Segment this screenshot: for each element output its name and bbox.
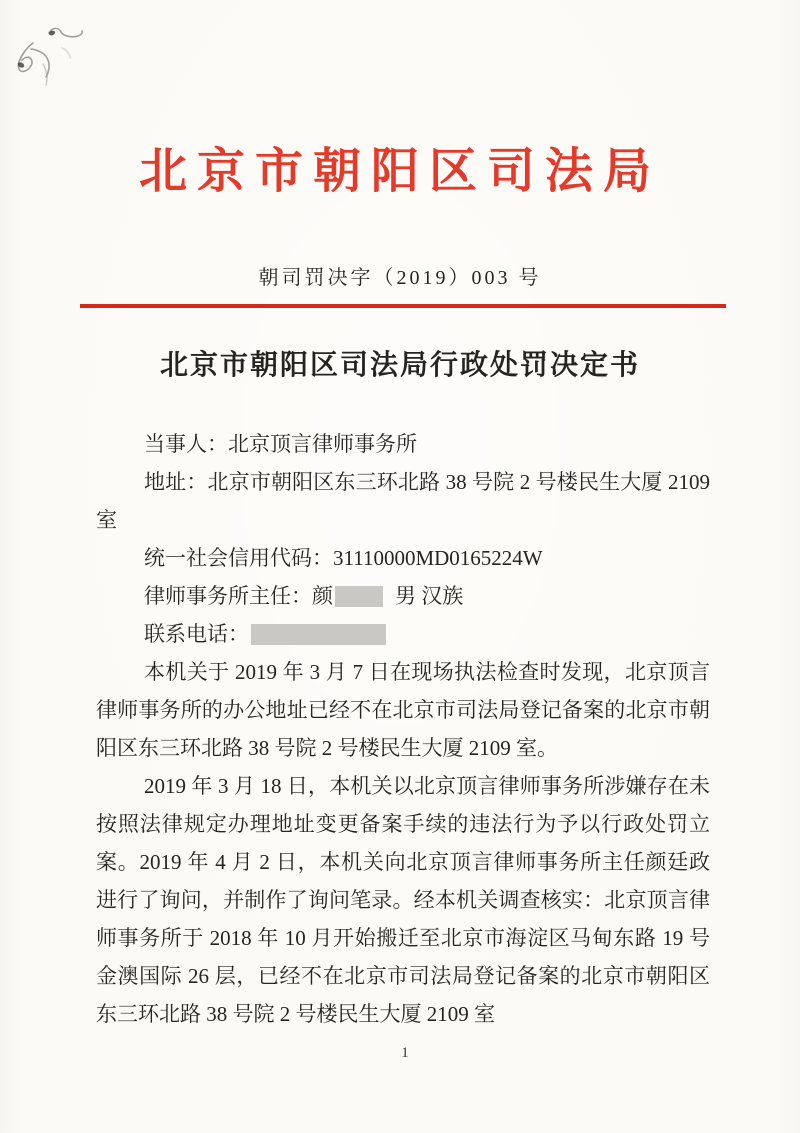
letterhead-divider-line [80, 304, 726, 308]
redaction-box [335, 586, 383, 607]
scanned-document-page: 北京市朝阳区司法局 朝司罚决字（2019）003 号 北京市朝阳区司法局行政处罚… [0, 0, 800, 1133]
body-paragraph: 本机关于 2019 年 3 月 7 日在现场执法检查时发现，北京顶言律师事务所的… [96, 653, 710, 767]
field-line: 联系电话： [96, 615, 710, 653]
redaction-box [251, 624, 386, 645]
page-number: 1 [0, 1045, 800, 1062]
document-body: 当事人：北京顶言律师事务所地址：北京市朝阳区东三环北路 38 号院 2 号楼民生… [96, 425, 710, 1033]
agency-letterhead-title: 北京市朝阳区司法局 [0, 132, 800, 201]
field-line: 当事人：北京顶言律师事务所 [96, 425, 710, 463]
field-line: 地址：北京市朝阳区东三环北路 38 号院 2 号楼民生大厦 2109 室 [96, 463, 710, 539]
field-line: 统一社会信用代码：31110000MD0165224W [96, 539, 710, 577]
body-paragraph: 2019 年 3 月 18 日，本机关以北京顶言律师事务所涉嫌存在未按照法律规定… [96, 767, 710, 1033]
document-reference-number: 朝司罚决字（2019）003 号 [0, 261, 800, 290]
document-title: 北京市朝阳区司法局行政处罚决定书 [0, 343, 800, 383]
pen-scribble-ink-annotation [2, 8, 122, 108]
field-line: 律师事务所主任：颜男 汉族 [96, 577, 710, 615]
